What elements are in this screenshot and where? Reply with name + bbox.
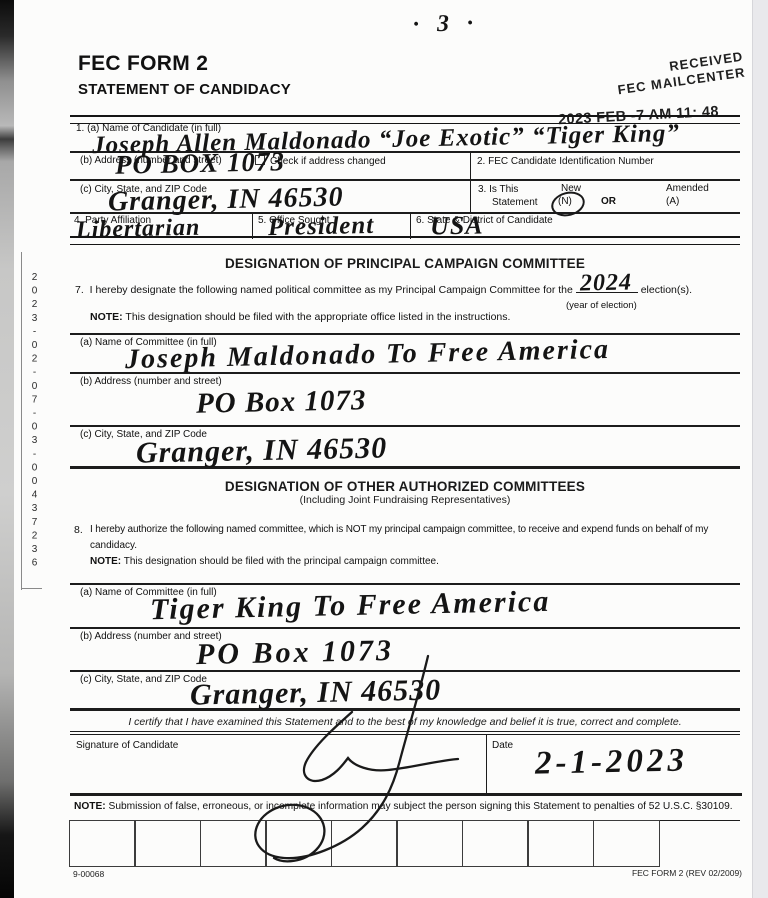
scanned-fec-form-2: 2023-02-07-03-00437236 · 3 · FEC FORM 2 …	[0, 0, 768, 898]
other-note: NOTE: This designation should be filed w…	[90, 556, 439, 567]
form-title: FEC FORM 2	[78, 52, 208, 76]
form-subtitle: STATEMENT OF CANDIDACY	[78, 81, 291, 98]
amended-label: Amended	[666, 183, 709, 194]
scan-right-edge	[752, 0, 768, 898]
other-note-text: This designation should be filed with th…	[124, 556, 439, 567]
office-use-box	[69, 820, 136, 867]
authorize-text-line1: I hereby authorize the following named c…	[90, 524, 708, 535]
col-divider-right	[470, 151, 471, 212]
authorize-text-line2: candidacy.	[90, 540, 137, 551]
row-divider-2	[70, 179, 740, 181]
col-divider-4-5	[252, 212, 253, 239]
handwritten-page-number: · 3 ·	[413, 11, 479, 36]
candidate-city-value: Granger, IN 46530	[108, 184, 344, 217]
office-use-box	[134, 820, 201, 867]
other-note-label: NOTE:	[90, 556, 121, 567]
year-of-election-blank: 2024	[576, 282, 638, 293]
oc-name-value: Tiger King To Free America	[150, 587, 551, 625]
pc-address-value: PO Box 1073	[196, 386, 367, 419]
scan-fold-line	[21, 252, 22, 590]
footer-revision: FEC FORM 2 (REV 02/2009)	[580, 868, 742, 878]
scan-left-edge	[0, 0, 14, 898]
is-this-label-2: Statement	[492, 197, 538, 208]
item-7-number: 7.	[75, 284, 84, 296]
state-district-value: USA	[430, 212, 484, 239]
address-changed-label: Check if address changed	[270, 156, 386, 167]
principal-note-label: NOTE:	[90, 311, 123, 323]
other-committees-subheading: (Including Joint Fundraising Representat…	[70, 494, 740, 506]
principal-committee-heading: DESIGNATION OF PRINCIPAL CAMPAIGN COMMIT…	[70, 256, 740, 271]
year-of-election-caption: (year of election)	[566, 300, 637, 311]
office-value: President	[268, 213, 375, 240]
candidate-address-value: PO BOX 1073	[115, 148, 286, 179]
received-stamp: RECEIVED FEC MAILCENTER	[579, 49, 747, 103]
pc-name-value: Joseph Maldonado To Free America	[125, 336, 611, 374]
year-of-election-value: 2024	[580, 270, 632, 295]
signature-label: Signature of Candidate	[76, 740, 178, 751]
designation-sentence: 7. I hereby designate the following name…	[75, 282, 692, 296]
or-label: OR	[601, 196, 616, 207]
principal-note-text: This designation should be filed with th…	[125, 311, 510, 323]
principal-note: NOTE: This designation should be filed w…	[90, 311, 510, 323]
amended-code: (A)	[666, 196, 679, 207]
is-this-label-1: 3. Is This	[478, 184, 518, 195]
other-committees-heading: DESIGNATION OF OTHER AUTHORIZED COMMITTE…	[70, 479, 740, 494]
pc-line-b	[70, 425, 740, 427]
designation-text: I hereby designate the following named p…	[90, 284, 573, 296]
handwritten-circle-around-new	[549, 188, 588, 220]
item-8-number: 8.	[74, 524, 83, 536]
date-value: 2-1-2023	[535, 744, 689, 780]
pc-line-top	[70, 333, 740, 335]
pc-city-value: Granger, IN 46530	[136, 433, 388, 468]
penalty-note-label: NOTE:	[74, 801, 106, 812]
oc-city-label: (c) City, State, and ZIP Code	[80, 674, 207, 685]
party-value: Libertarian	[76, 216, 201, 243]
footer-form-number: 9-00068	[73, 869, 104, 879]
oc-line-top	[70, 583, 740, 585]
designation-suffix: election(s).	[641, 284, 692, 296]
filing-id-vertical: 2023-02-07-03-00437236	[29, 272, 40, 592]
candidate-signature	[230, 630, 550, 875]
pc-address-label: (b) Address (number and street)	[80, 376, 222, 387]
col-divider-5-6	[410, 212, 411, 239]
oc-line-a	[70, 627, 740, 629]
office-use-box	[593, 820, 660, 867]
fec-id-label: 2. FEC Candidate Identification Number	[477, 156, 654, 167]
